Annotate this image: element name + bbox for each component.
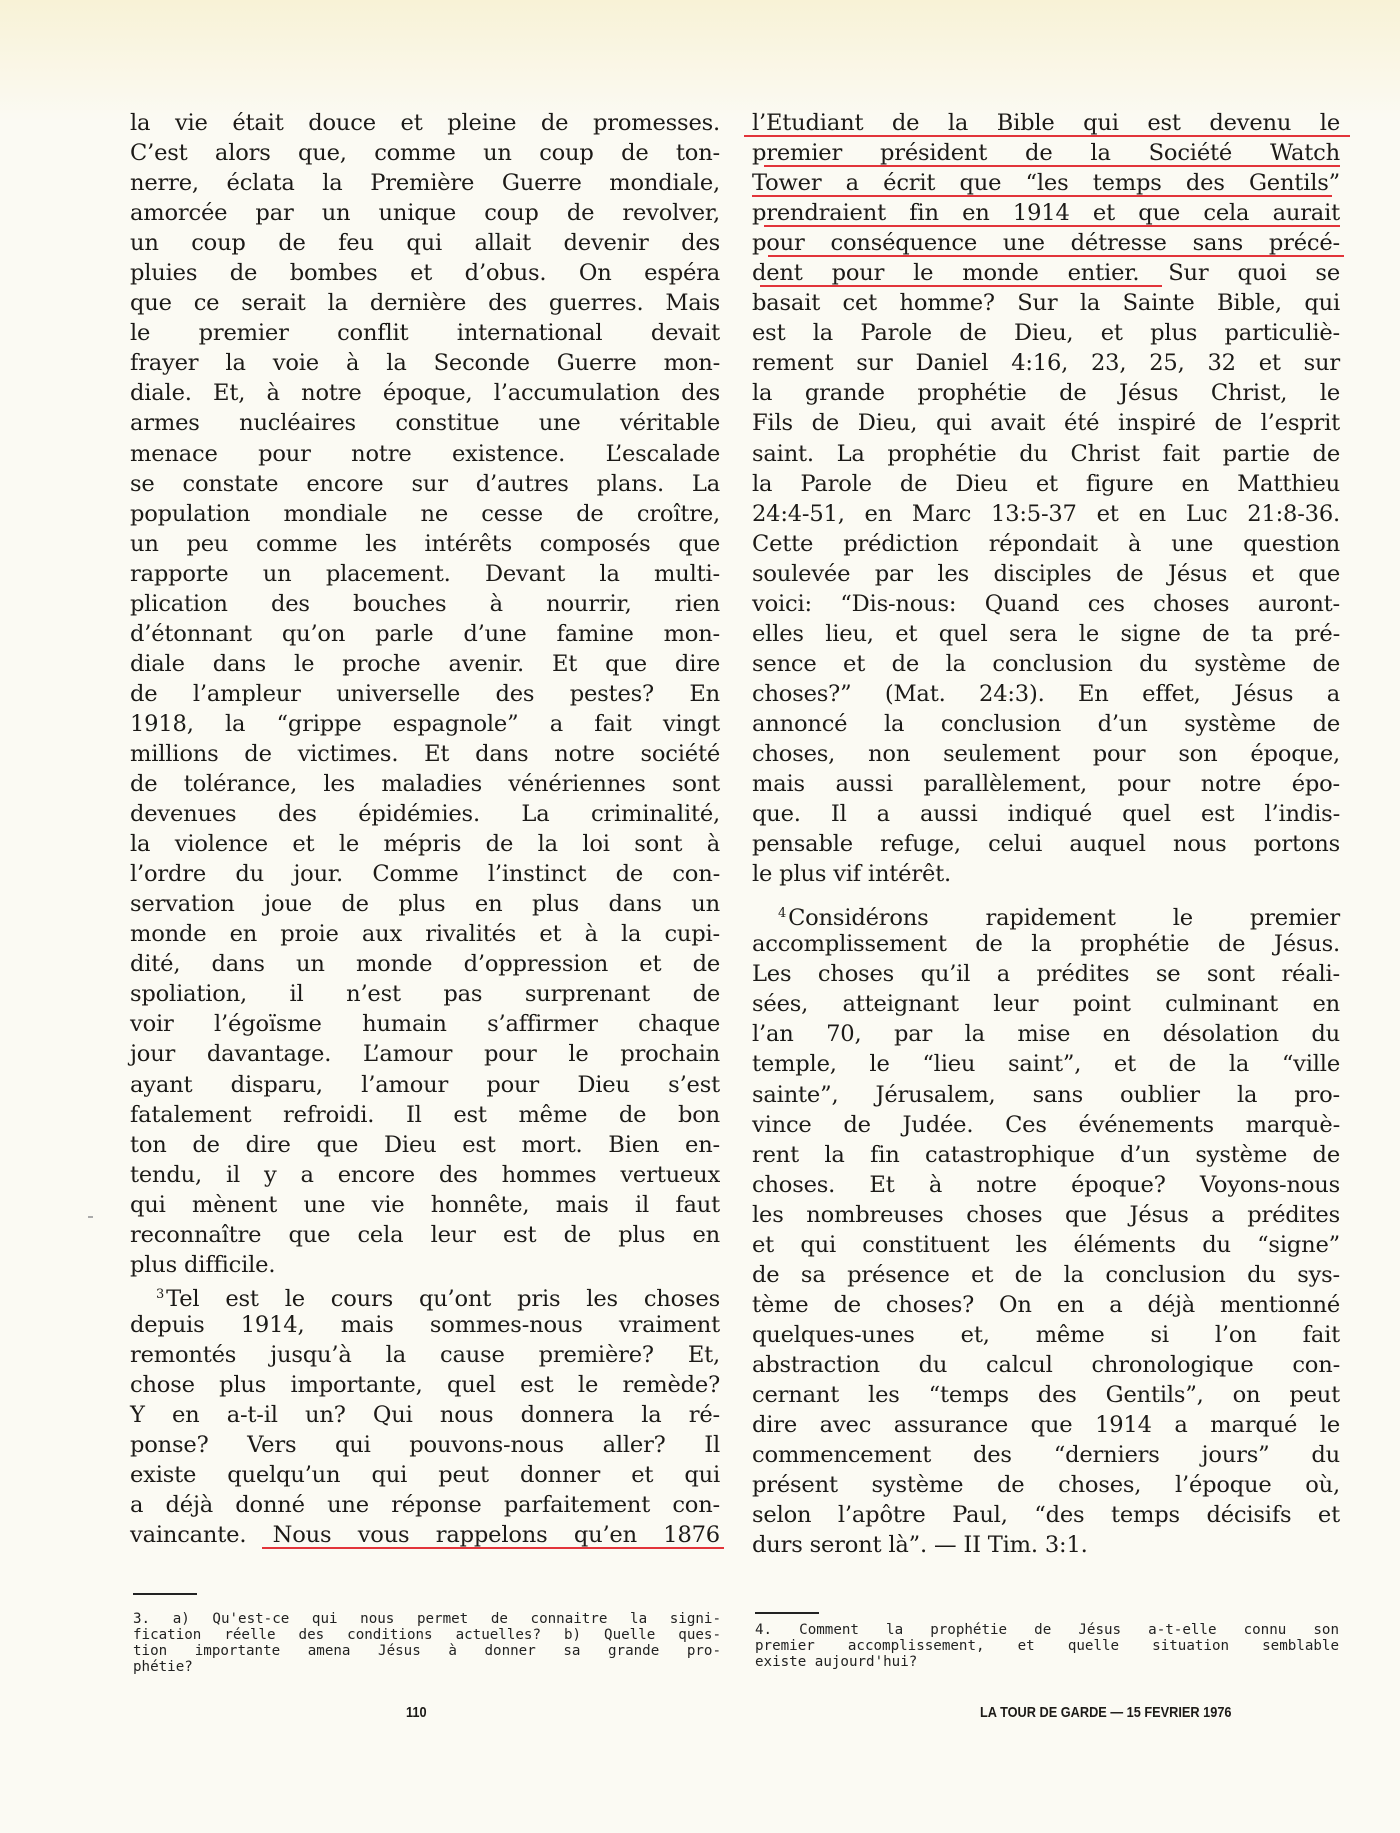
text-line: voir l’égoïsme humain s’affirmer chaque [130,1009,720,1039]
text-line: servation joue de plus en plus dans un [130,889,720,919]
underlined-text-line: Tower a écrit que “les temps des Gentils… [752,168,1340,198]
text-line: Cette prédiction répondait à une questio… [752,529,1340,559]
text-line: remontés jusqu’à la cause première? Et, [130,1340,720,1370]
text-line: un coup de feu qui allait devenir des [130,228,720,258]
text-line: tendu, il y a encore des hommes vertueux [130,1160,720,1190]
text-line: existe quelqu’un qui peut donner et qui [130,1460,720,1490]
text-line: C’est alors que, comme un coup de ton- [130,138,720,168]
footnote-question-3: 3. a) Qu'est-ce qui nous permet de conna… [133,1611,721,1675]
text-line: de tolérance, les maladies vénériennes s… [130,769,720,799]
text-line: la grande prophétie de Jésus Christ, le [752,378,1340,408]
page-number: 110 [406,1704,427,1721]
text-line: jour davantage. L’amour pour le prochain [130,1039,720,1069]
text-line: un peu comme les intérêts composés que [130,529,720,559]
paragraph-number: 3 [156,1287,164,1302]
text-line: ton de dire que Dieu est mort. Bien en- [130,1130,720,1160]
footnote-line: tion importante amena Jésus à donner sa … [133,1643,721,1659]
text-line: choses, non seulement pour son époque, [752,739,1340,769]
paragraph-3-first-line: 3Tel est le cours qu’ont pris les choses [130,1280,720,1310]
text-line: dité, dans un monde d’oppression et de [130,949,720,979]
text-line: commencement des “derniers jours” du [752,1440,1340,1470]
text-line: cernant les “temps des Gentils”, on peut [752,1380,1340,1410]
text-line: que ce serait la dernière des guerres. M… [130,288,720,318]
text-line: annoncé la conclusion d’un système de [752,709,1340,739]
text-line: depuis 1914, mais sommes-nous vraiment [130,1310,720,1340]
text-line: pensable refuge, celui auquel nous porto… [752,829,1340,859]
text-line: le plus vif intérêt. [752,859,1340,889]
left-column: la vie était douce et pleine de promesse… [130,108,720,1550]
text-line: spoliation, il n’est pas surprenant de [130,979,720,1009]
text-line: nerre, éclata la Première Guerre mondial… [130,168,720,198]
text-line: sées, atteignant leur point culminant en [752,989,1340,1019]
text-line: Les choses qu’il a prédites se sont réal… [752,959,1340,989]
text-line: a déjà donné une réponse parfaitement co… [130,1490,720,1520]
paragraph-4-first-line: 4Considérons rapidement le premier [752,899,1340,929]
text-line: que. Il a aussi indiqué quel est l’indis… [752,799,1340,829]
text-line: accomplissement de la prophétie de Jésus… [752,929,1340,959]
text-line: monde en proie aux rivalités et à la cup… [130,919,720,949]
text-line: et qui constituent les éléments du “sign… [752,1230,1340,1260]
text-line: frayer la voie à la Seconde Guerre mon- [130,348,720,378]
text-line: 24:4-51, en Marc 13:5-37 et en Luc 21:8-… [752,499,1340,529]
text-line: sainte”, Jérusalem, sans oublier la pro- [752,1080,1340,1110]
text-line: la violence et le mépris de la loi sont … [130,829,720,859]
text-line: plus difficile. [130,1250,720,1280]
text-line: est la Parole de Dieu, et plus particuli… [752,318,1340,348]
underlined-text-line: prendraient fin en 1914 et que cela aura… [752,198,1340,228]
underlined-text-line: premier président de la Société Watch [752,138,1340,168]
text-line: soulevée par les disciples de Jésus et q… [752,559,1340,589]
text-line: sence et de la conclusion du système de [752,649,1340,679]
text-line: voici: “Dis-nous: Quand ces choses auron… [752,589,1340,619]
footnote-line: 4. Comment la prophétie de Jésus a-t-ell… [755,1622,1339,1638]
text-line: diale dans le proche avenir. Et que dire [130,649,720,679]
running-footer: LA TOUR DE GARDE — 15 FEVRIER 1976 [980,1704,1232,1721]
scan-mark [88,1216,93,1218]
text-line: reconnaître que cela leur est de plus en [130,1220,720,1250]
text-line: d’étonnant qu’on parle d’une famine mon- [130,619,720,649]
text-line: l’ordre du jour. Comme l’instinct de con… [130,859,720,889]
text-line: amorcée par un unique coup de revolver, [130,198,720,228]
text-line: pluies de bombes et d’obus. On espéra [130,258,720,288]
right-column: l’Etudiant de la Bible qui est devenu le… [752,108,1340,1560]
footnote-line: 3. a) Qu'est-ce qui nous permet de conna… [133,1611,721,1627]
underlined-text-line: l’Etudiant de la Bible qui est devenu le [752,108,1340,138]
text-line: Fils de Dieu, qui avait été inspiré de l… [752,408,1340,438]
paragraph-gap [752,889,1340,899]
text-line: vince de Judée. Ces événements marquè- [752,1110,1340,1140]
text-line: choses. Et à notre époque? Voyons-nous [752,1170,1340,1200]
text-line: la Parole de Dieu et figure en Matthieu [752,469,1340,499]
text-line: abstraction du calcul chronologique con- [752,1350,1340,1380]
text-line: choses?” (Mat. 24:3). En effet, Jésus a [752,679,1340,709]
text-line: population mondiale ne cesse de croître, [130,499,720,529]
footnote-rule-right [755,1612,819,1614]
text-line: elles lieu, et quel sera le signe de ta … [752,619,1340,649]
text-line: millions de victimes. Et dans notre soci… [130,739,720,769]
text-line: selon l’apôtre Paul, “des temps décisifs… [752,1500,1340,1530]
text-line: durs seront là”. — II Tim. 3:1. [752,1530,1340,1560]
footnote-question-4: 4. Comment la prophétie de Jésus a-t-ell… [755,1622,1339,1670]
footnote-line: phétie? [133,1659,721,1675]
text-line: de sa présence et de la conclusion du sy… [752,1260,1340,1290]
text-line: ponse? Vers qui pouvons-nous aller? Il [130,1430,720,1460]
text-line: chose plus importante, quel est le remèd… [130,1370,720,1400]
text-line: saint. La prophétie du Christ fait parti… [752,439,1340,469]
text-line: tème de choses? On en a déjà mentionné [752,1290,1340,1320]
text-line: Y en a-t-il un? Qui nous donnera la ré- [130,1400,720,1430]
footnote-rule-left [133,1593,197,1595]
text-line: rent la fin catastrophique d’un système … [752,1140,1340,1170]
text-line: ayant disparu, l’amour pour Dieu s’est [130,1070,720,1100]
text-line: diale. Et, à notre époque, l’accumulatio… [130,378,720,408]
text-line: quelques-unes et, même si l’on fait [752,1320,1340,1350]
footnote-line: fication réelle des conditions actuelles… [133,1627,721,1643]
text-line: de l’ampleur universelle des pestes? En [130,679,720,709]
text-line: devenues des épidémies. La criminalité, [130,799,720,829]
underlined-text-line: vaincante. Nous vous rappelons qu’en 187… [130,1520,720,1550]
text-line: mais aussi parallèlement, pour notre épo… [752,769,1340,799]
text-line: fatalement refroidi. Il est même de bon [130,1100,720,1130]
text-line: basait cet homme? Sur la Sainte Bible, q… [752,288,1340,318]
text-line: temple, le “lieu saint”, et de la “ville [752,1049,1340,1079]
text-line: menace pour notre existence. L’escalade [130,439,720,469]
underlined-text-line: pour conséquence une détresse sans précé… [752,228,1340,258]
text-line: 1918, la “grippe espagnole” a fait vingt [130,709,720,739]
text-line: le premier conflit international devait [130,318,720,348]
text-line: rapporte un placement. Devant la multi- [130,559,720,589]
footnote-line: premier accomplissement, et quelle situa… [755,1638,1339,1654]
text-line: rement sur Daniel 4:16, 23, 25, 32 et su… [752,348,1340,378]
text-line: plication des bouches à nourrir, rien [130,589,720,619]
text-line: les nombreuses choses que Jésus a prédit… [752,1200,1340,1230]
text-line: la vie était douce et pleine de promesse… [130,108,720,138]
text-line: qui mènent une vie honnête, mais il faut [130,1190,720,1220]
text-line: présent système de choses, l’époque où, [752,1470,1340,1500]
text-line: dire avec assurance que 1914 a marqué le [752,1410,1340,1440]
text-line: l’an 70, par la mise en désolation du [752,1019,1340,1049]
text-line: armes nucléaires constitue une véritable [130,408,720,438]
paragraph-number: 4 [778,906,786,921]
paper-tint [0,0,1400,120]
underlined-text-line: dent pour le monde entier. Sur quoi se [752,258,1340,288]
text-line: se constate encore sur d’autres plans. L… [130,469,720,499]
footnote-line: existe aujourd'hui? [755,1654,1339,1670]
